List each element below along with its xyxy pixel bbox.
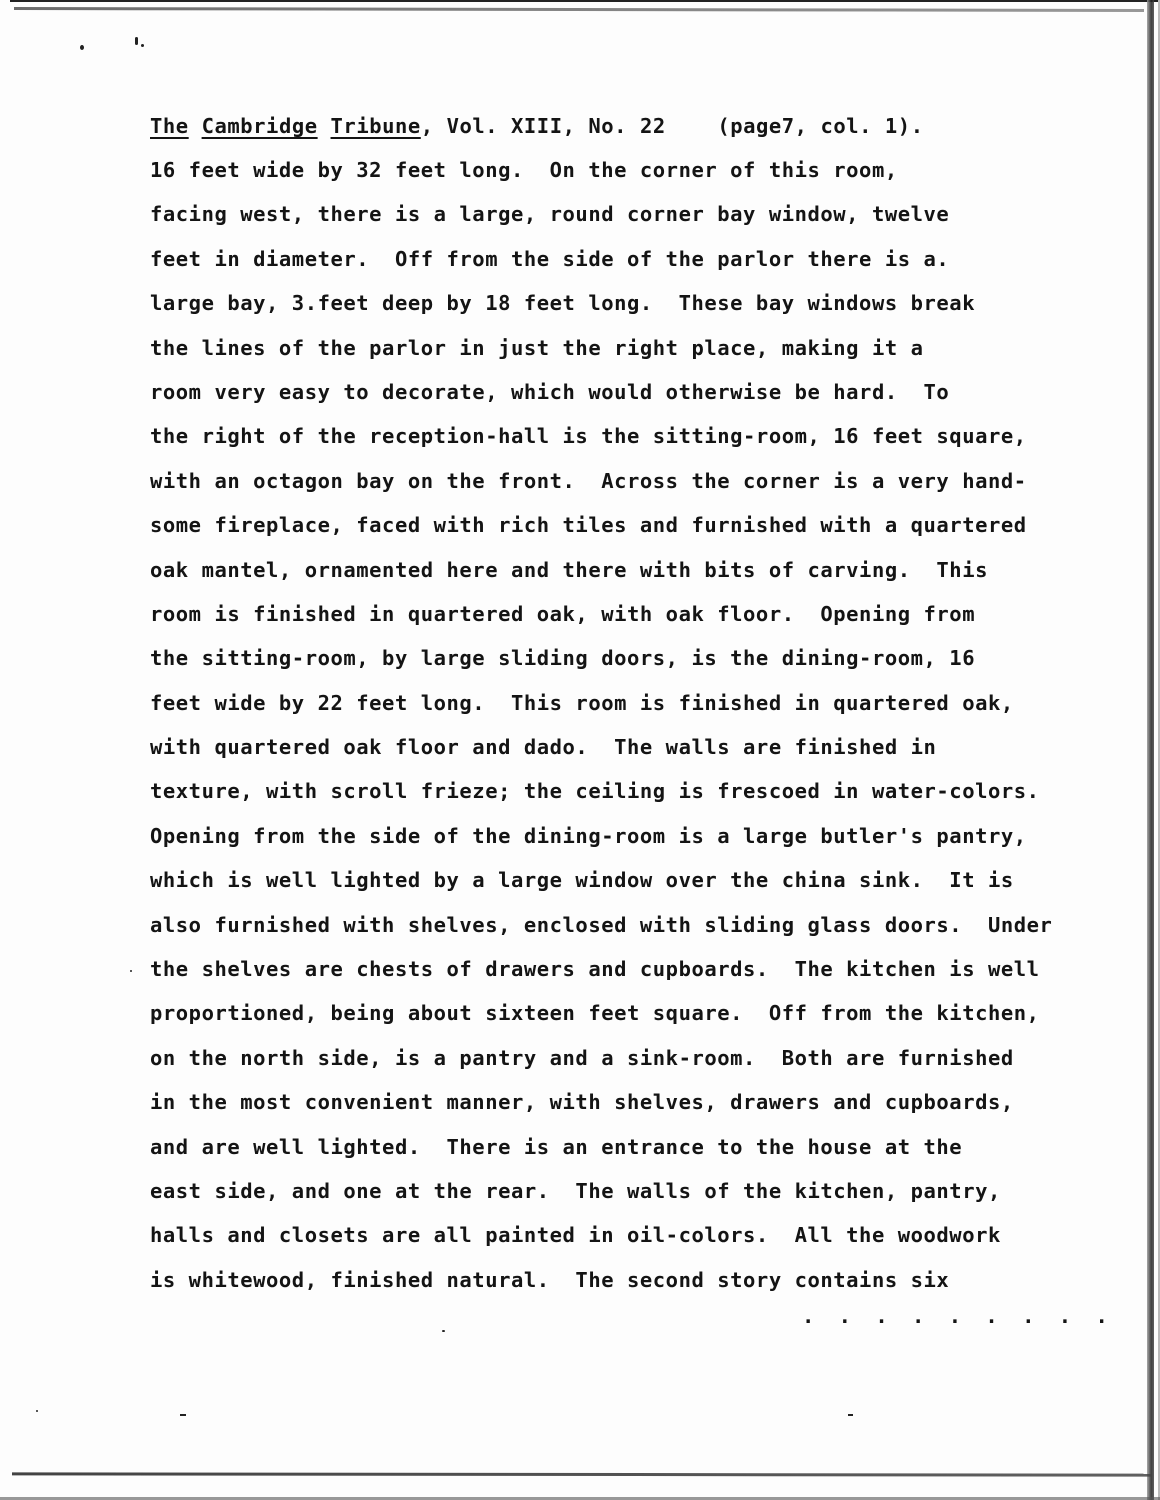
scan-speck [130,970,132,972]
text-line: the sitting-room, by large sliding doors… [150,644,1052,688]
scan-border-top-edge [10,0,1160,2]
text-line: room is finished in quartered oak, with … [150,600,1052,644]
publication-title-word: Cambridge [202,114,318,138]
text-line: the lines of the parlor in just the righ… [150,334,1052,378]
text-line: halls and closets are all painted in oil… [150,1221,1052,1265]
text-line: on the north side, is a pantry and a sin… [150,1044,1052,1088]
text-line: with an octagon bay on the front. Across… [150,467,1052,511]
text-line: Opening from the side of the dining-room… [150,822,1052,866]
volume-info: , Vol. XIII, No. 22 [421,114,666,138]
scan-border-top [14,7,1144,12]
text-line: which is well lighted by a large window … [150,866,1052,910]
document-header: The Cambridge Tribune, Vol. XIII, No. 22… [150,112,924,140]
scan-border-right [1147,0,1154,1500]
scan-speck [442,1330,445,1332]
text-line: the right of the reception-hall is the s… [150,422,1052,466]
text-line: room very easy to decorate, which would … [150,378,1052,422]
scan-speck [36,1410,38,1412]
body-text: 16 feet wide by 32 feet long. On the cor… [150,156,1052,1310]
text-line: also furnished with shelves, enclosed wi… [150,911,1052,955]
text-line: feet wide by 22 feet long. This room is … [150,689,1052,733]
text-line: 16 feet wide by 32 feet long. On the cor… [150,156,1052,200]
text-line: oak mantel, ornamented here and there wi… [150,556,1052,600]
scan-speck [848,1414,853,1416]
text-line: large bay, 3.feet deep by 18 feet long. … [150,289,1052,333]
text-line: east side, and one at the rear. The wall… [150,1177,1052,1221]
scan-speck [80,45,84,50]
text-line: and are well lighted. There is an entran… [150,1133,1052,1177]
text-line: with quartered oak floor and dado. The w… [150,733,1052,777]
text-line: feet in diameter. Off from the side of t… [150,245,1052,289]
publication-title-word: The [150,114,189,138]
text-line: facing west, there is a large, round cor… [150,200,1052,244]
text-line: some fireplace, faced with rich tiles an… [150,511,1052,555]
page-info: (page7, col. 1). [717,114,923,138]
scan-speck [180,1414,186,1416]
continuation-marker: . . . . . . . . . [802,1304,1114,1328]
text-line: in the most convenient manner, with shel… [150,1088,1052,1132]
scan-speck [141,44,144,47]
scan-border-bottom [12,1472,1152,1476]
text-line: texture, with scroll frieze; the ceiling… [150,777,1052,821]
text-line: the shelves are chests of drawers and cu… [150,955,1052,999]
scan-speck [135,37,138,45]
publication-title-word: Tribune [331,114,421,138]
text-line: proportioned, being about sixteen feet s… [150,999,1052,1043]
